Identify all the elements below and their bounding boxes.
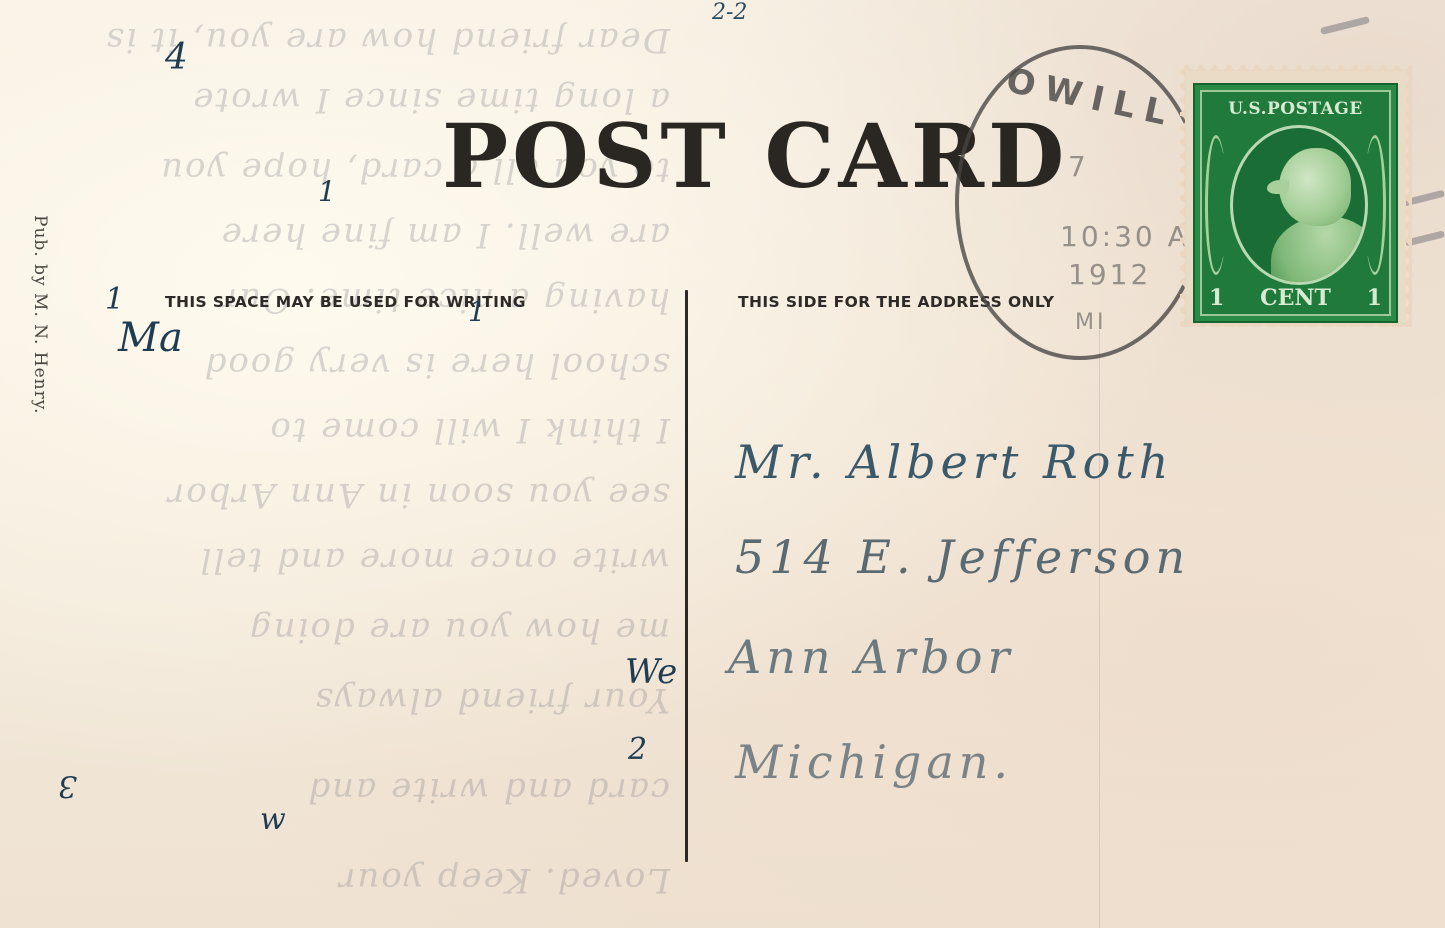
bleed-line: me how you are doing bbox=[10, 610, 670, 650]
ink-mark: 2 bbox=[628, 735, 647, 765]
stamp-header: U.S.POSTAGE bbox=[1195, 99, 1396, 119]
address-state: Michigan. bbox=[735, 735, 1013, 789]
ruled-guide-line bbox=[1099, 330, 1100, 928]
publisher-credit: Pub. by M. N. Henry. bbox=[22, 215, 50, 515]
corner-note: 2-2 bbox=[712, 0, 747, 25]
bleed-line: school here is very good bbox=[10, 345, 670, 385]
ink-mark: w bbox=[260, 805, 286, 835]
stamp-value-right: 1 bbox=[1367, 285, 1382, 311]
postmark-date-line: 10:30 A bbox=[1060, 220, 1190, 253]
portrait-head-icon bbox=[1279, 148, 1351, 226]
address-city: Ann Arbor bbox=[728, 630, 1014, 684]
address-recipient: Mr. Albert Roth bbox=[735, 435, 1173, 489]
title-post: POST bbox=[442, 104, 730, 208]
page-title: POST CARD bbox=[442, 112, 987, 200]
postage-stamp: U.S.POSTAGE 1 CENT 1 bbox=[1193, 83, 1398, 323]
ink-mark: 1 bbox=[318, 178, 336, 206]
ink-mark: Ma bbox=[118, 318, 183, 358]
cancel-bar bbox=[1320, 16, 1370, 35]
portrait-bust-icon bbox=[1271, 216, 1368, 285]
postmark-date-line: 1912 bbox=[1068, 258, 1151, 291]
bleed-line: see you soon in Ann Arbor bbox=[10, 475, 670, 515]
postmark-state: MI bbox=[1075, 310, 1106, 335]
address-street: 514 E. Jefferson bbox=[735, 530, 1190, 584]
stamp-value-left: 1 bbox=[1209, 285, 1224, 311]
center-divider-line bbox=[685, 290, 688, 862]
bleed-line: Dear friend how are you, it is bbox=[10, 20, 670, 60]
ink-mark: 1 bbox=[468, 298, 486, 326]
ink-mark: 4 bbox=[165, 40, 188, 76]
bleed-line: Your friend always bbox=[10, 680, 670, 720]
portrait-profile-icon bbox=[1267, 180, 1289, 194]
bleed-line: I think I will come to bbox=[10, 410, 670, 450]
stamp-denomination: 1 CENT 1 bbox=[1195, 285, 1396, 311]
stamp-value-text: CENT bbox=[1260, 285, 1331, 311]
postcard-back: Dear friend how are you, it is a long ti… bbox=[0, 0, 1445, 928]
bleed-line: write once more and tell bbox=[10, 540, 670, 580]
bleed-line: card and write and bbox=[10, 770, 670, 810]
bleed-line: are well. I am fine here bbox=[10, 215, 670, 255]
postmark-date-line: 7 bbox=[1068, 150, 1089, 183]
ink-mark: 1 bbox=[105, 285, 124, 315]
laurel-wreath-icon bbox=[1205, 135, 1227, 275]
ink-mark: 3 bbox=[58, 770, 77, 800]
bleed-line: Loved. Keep your bbox=[10, 860, 670, 900]
portrait-oval bbox=[1230, 125, 1368, 285]
ink-mark: We bbox=[625, 655, 677, 689]
